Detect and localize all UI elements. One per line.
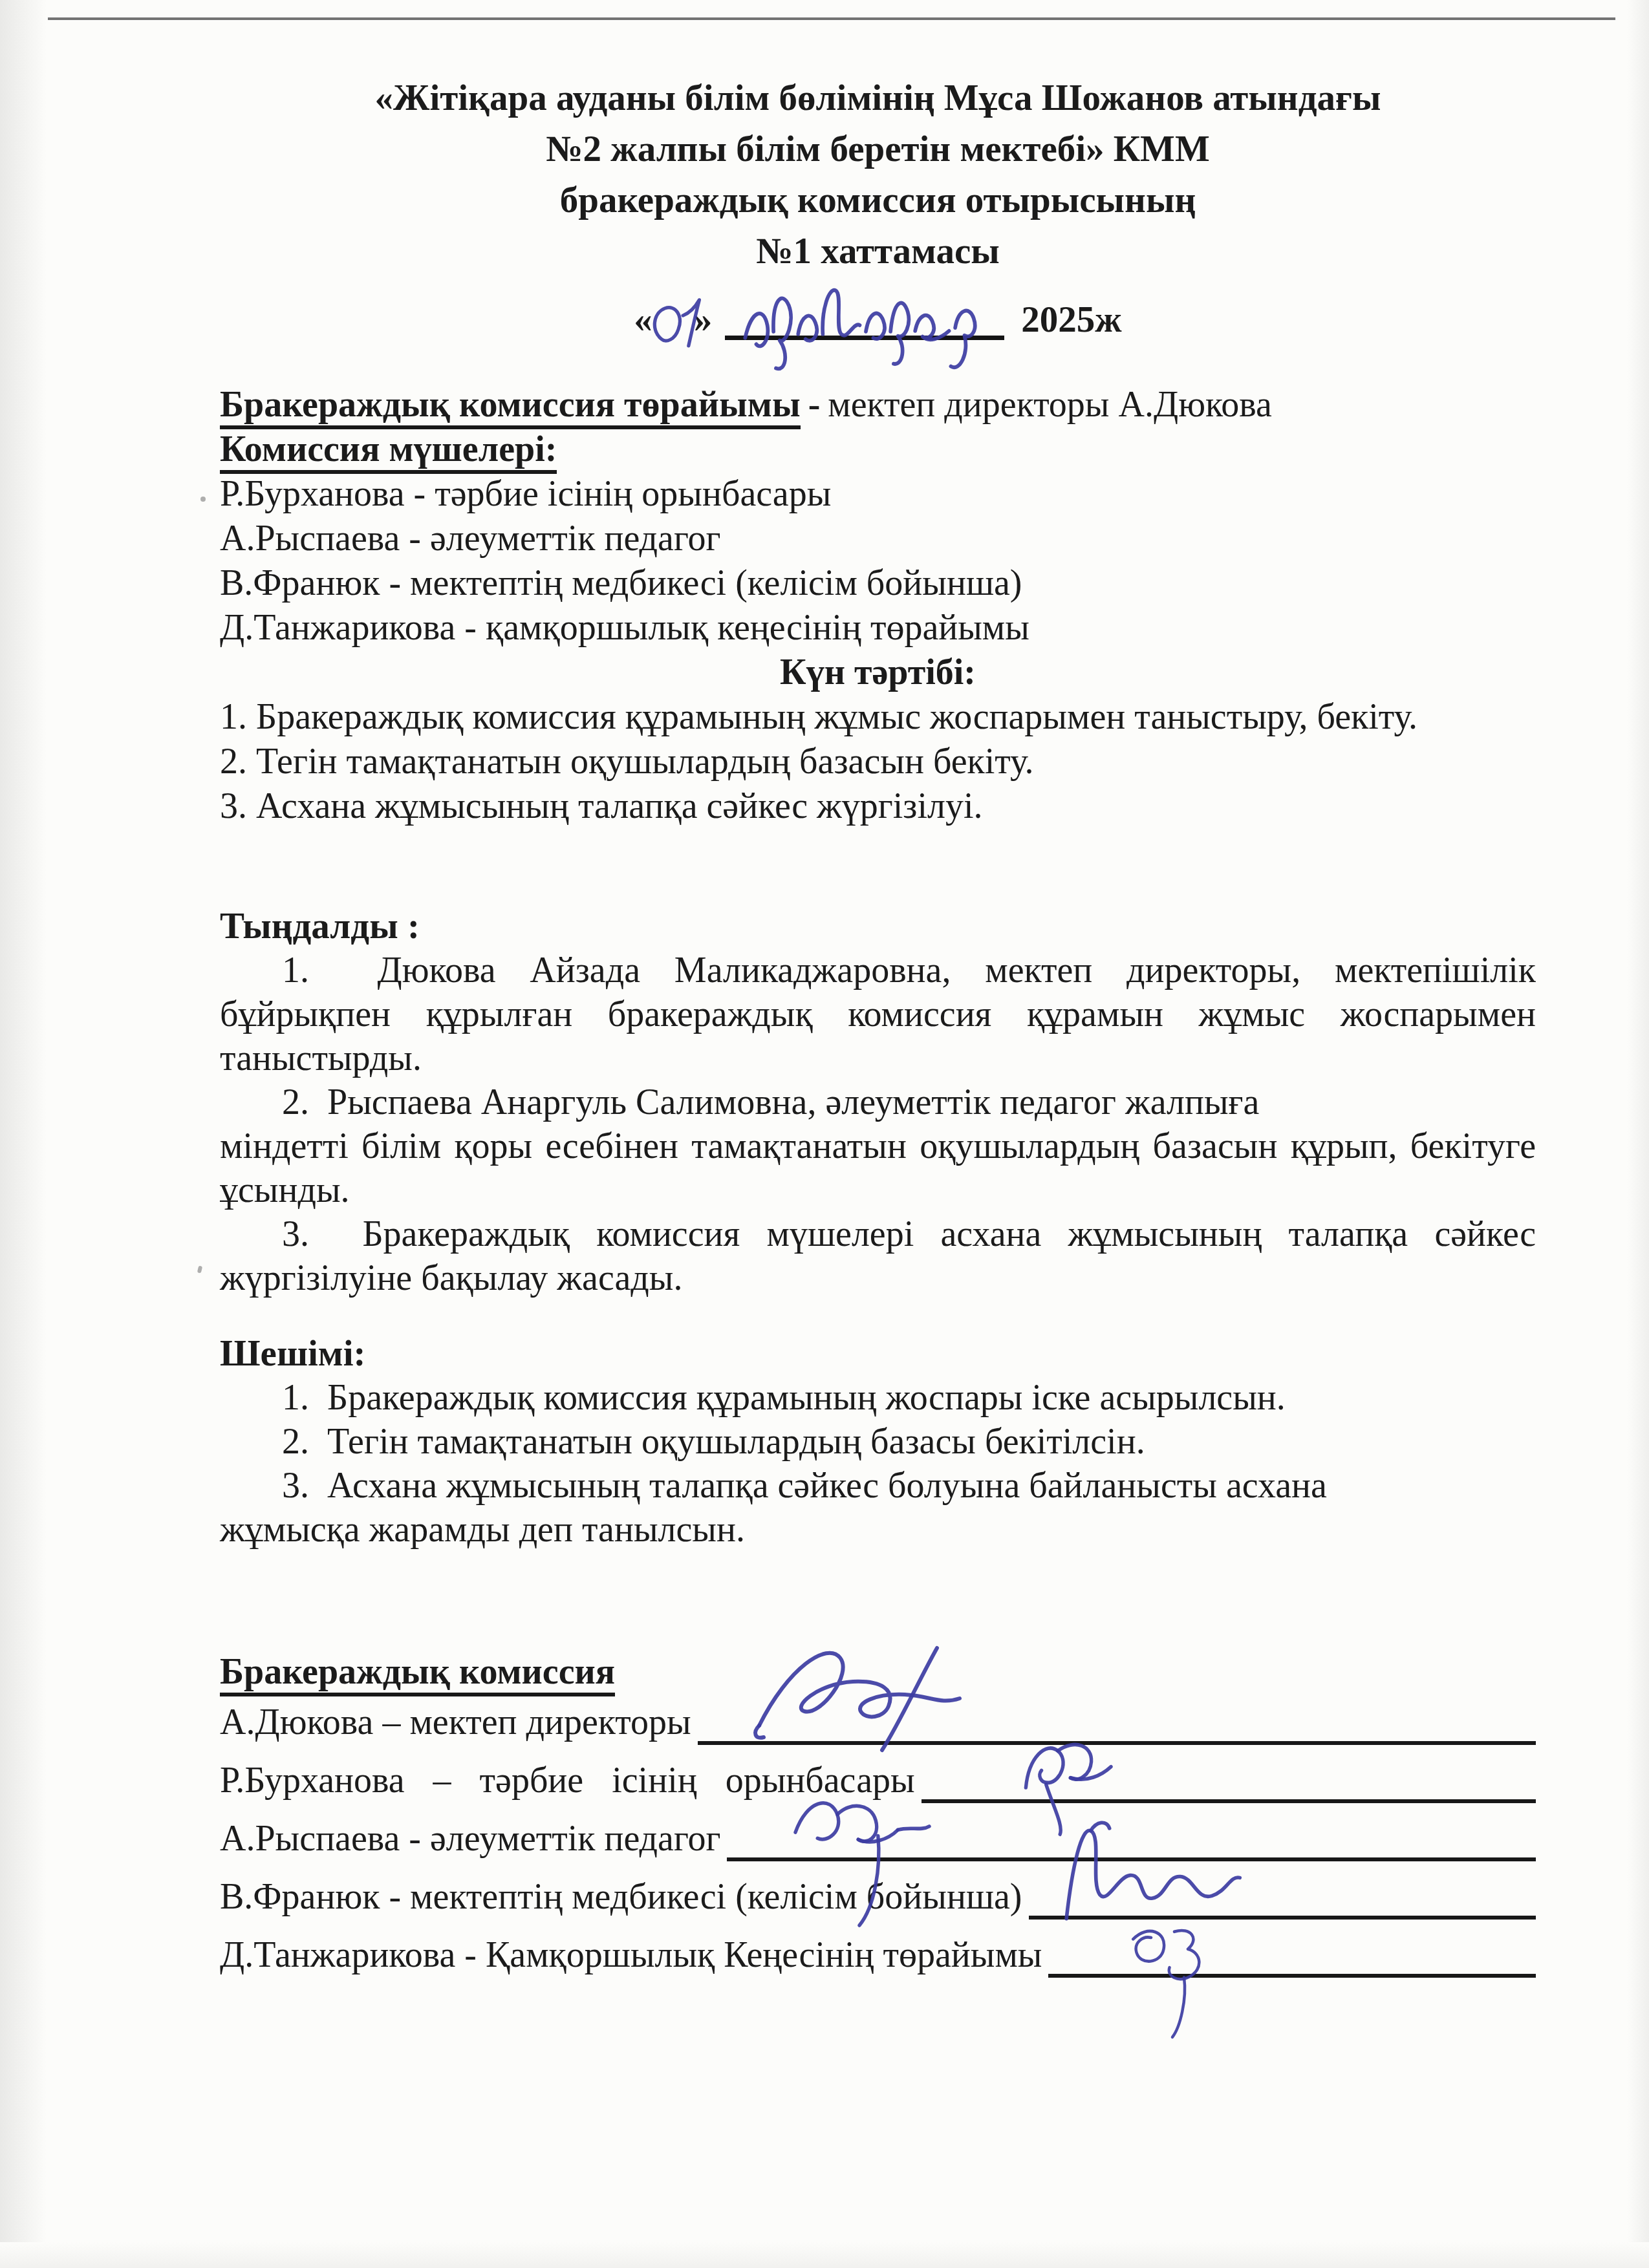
signatory-name: А.Рыспаева - әлеуметтік педагог — [220, 1816, 727, 1861]
members-heading-line: Комиссия мүшелері: — [220, 427, 1536, 472]
handwritten-day — [652, 297, 694, 343]
agenda-heading: Күн тәртібі: — [220, 650, 1536, 695]
signature-ink-tanzharikova — [1106, 1912, 1213, 2041]
scan-speck — [200, 497, 206, 502]
scanned-document-page: «Жітіқара ауданы білім бөлімінің Мұса Шо… — [0, 0, 1649, 2268]
decision-item: 1. Бракераждық комиссия құрамының жоспар… — [220, 1376, 1536, 1420]
document-title: «Жітіқара ауданы білім бөлімінің Мұса Шо… — [220, 72, 1536, 343]
signature-row-ryspaeva: А.Рыспаева - әлеуметтік педагог — [220, 1816, 1536, 1861]
signature-ink-dyukova — [743, 1629, 976, 1771]
chair-value: мектеп директоры А.Дюкова — [828, 385, 1272, 425]
signature-block: А.Дюкова – мектеп директоры Р.Бурханова … — [220, 1700, 1536, 1978]
date-row: « » — [220, 283, 1536, 343]
agenda-list: 1. Бракераждық комиссия құрамының жұмыс … — [220, 695, 1536, 829]
heard-heading: Тыңдалды : — [220, 904, 1536, 948]
handwritten-day-ink — [643, 291, 706, 358]
signature-line — [1048, 1935, 1536, 1978]
signatory-name: А.Дюкова – мектеп директоры — [220, 1700, 698, 1745]
title-line-2: №2 жалпы білім беретін мектебі» КММ — [220, 123, 1536, 175]
member-line: Д.Танжарикова - қамқоршылық кеңесінің тө… — [220, 606, 1536, 650]
agenda-item: 3. Асхана жұмысының талапқа сәйкес жүргі… — [220, 784, 1536, 829]
signature-line — [1029, 1877, 1536, 1920]
member-line: А.Рыспаева - әлеуметтік педагог — [220, 517, 1536, 561]
title-line-1: «Жітіқара ауданы білім бөлімінің Мұса Шо… — [220, 72, 1536, 123]
scan-edge-bottom — [0, 2242, 1649, 2268]
heard-item: 2. Рыспаева Анаргуль Салимовна, әлеуметт… — [220, 1080, 1536, 1212]
member-line: Р.Бурханова - тәрбие ісінің орынбасары — [220, 472, 1536, 517]
signature-row-tanzharikova: Д.Танжарикова - Қамқоршылық Кеңесінің тө… — [220, 1932, 1536, 1978]
chair-separator: - — [808, 385, 821, 425]
chair-line: Бракераждық комиссия төрайымы-мектеп дир… — [220, 383, 1536, 427]
commission-heading: Бракераждық комиссия — [220, 1652, 615, 1696]
decision-item: 3. Асхана жұмысының талапқа сәйкес болуы… — [220, 1464, 1536, 1552]
decision-item: 2. Тегін тамақтанатын оқушылардың базасы… — [220, 1420, 1536, 1464]
heard-item: 1. Дюкова Айзада Маликаджаровна, мектеп … — [220, 948, 1536, 1080]
chair-label: Бракераждық комиссия төрайымы — [220, 385, 801, 429]
officers-block: Бракераждық комиссия төрайымы-мектеп дир… — [220, 383, 1536, 650]
document-content: «Жітіқара ауданы білім бөлімінің Мұса Шо… — [220, 72, 1536, 1978]
year-label: 2025ж — [1021, 297, 1121, 343]
members-heading: Комиссия мүшелері: — [220, 429, 557, 474]
agenda-item: 1. Бракераждық комиссия құрамының жұмыс … — [220, 695, 1536, 740]
signature-row-dyukova: А.Дюкова – мектеп директоры — [220, 1700, 1536, 1745]
signature-line — [921, 1760, 1536, 1803]
agenda-item: 2. Тегін тамақтанатын оқушылардың базасы… — [220, 740, 1536, 784]
scan-edge-right — [1627, 0, 1649, 2268]
scan-edge-left — [0, 0, 47, 2268]
heard-item: 3. Бракераждық комиссия мүшелері асхана … — [220, 1212, 1536, 1300]
member-line: В.Франюк - мектептің медбикесі (келісім … — [220, 561, 1536, 606]
signature-ink-ryspaeva — [772, 1779, 947, 1934]
decision-heading: Шешімі: — [220, 1331, 1536, 1376]
handwritten-month-ink — [737, 271, 995, 385]
scan-artifact-line — [48, 17, 1615, 20]
title-line-4: №1 хаттамасы — [220, 226, 1536, 277]
title-line-3: бракераждық комиссия отырысының — [220, 175, 1536, 226]
signatory-name: Д.Танжарикова - Қамқоршылық Кеңесінің тө… — [220, 1932, 1048, 1978]
scan-speck — [197, 1265, 202, 1273]
date-blank-line — [725, 290, 1004, 340]
